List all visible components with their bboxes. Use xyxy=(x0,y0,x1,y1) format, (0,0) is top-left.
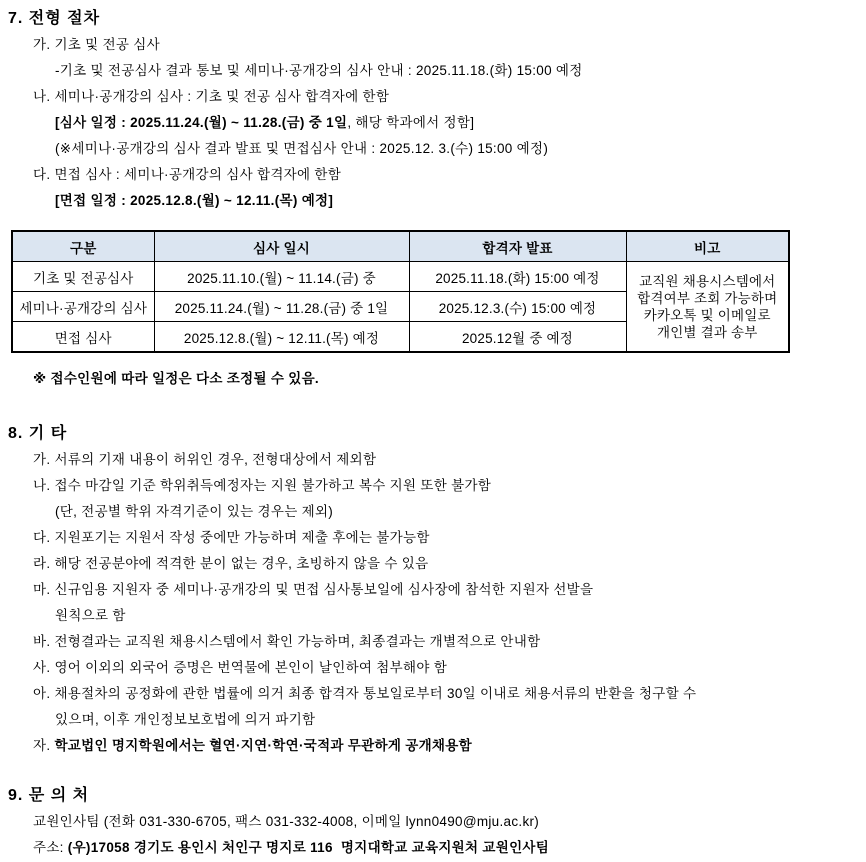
remark-cell: 교직원 채용시스템에서 합격여부 조회 가능하며 카카오톡 및 이메일로 개인별… xyxy=(626,262,789,353)
s8-item-ja-prefix: 자. xyxy=(33,738,54,753)
document-page: 7. 전형 절차 가. 기초 및 전공 심사 -기초 및 전공심사 결과 통보 … xyxy=(0,0,866,862)
s8-item-ma: 마. 신규임용 지원자 중 세미나·공개강의 및 면접 심사통보일에 심사장에 … xyxy=(8,577,854,603)
table-header-announcement: 합격자 발표 xyxy=(409,231,626,262)
remark-line: 카카오톡 및 이메일로 xyxy=(629,307,787,324)
s8-item-da: 다. 지원포기는 지원서 작성 중에만 가능하며 제출 후에는 불가능함 xyxy=(8,525,854,551)
row1-label: 기초 및 전공심사 xyxy=(12,262,154,292)
s7-sub-na-schedule-rest: , 해당 학과에서 정함] xyxy=(347,115,474,130)
s7-sub-na-schedule: [심사 일정 : 2025.11.24.(월) ~ 11.28.(금) 중 1일… xyxy=(8,110,854,136)
section-9-title: 9. 문 의 처 xyxy=(8,783,854,809)
row1-date: 2025.11.10.(월) ~ 11.14.(금) 중 xyxy=(154,262,409,292)
s9-address-bold: (우)17058 경기도 용인시 처인구 명지로 116 명지대학교 교육지원처… xyxy=(68,840,549,855)
row2-label: 세미나·공개강의 심사 xyxy=(12,292,154,322)
table-header-remark: 비고 xyxy=(626,231,789,262)
table-header-row: 구분 심사 일시 합격자 발표 비고 xyxy=(12,231,789,262)
s7-sub-ga: -기초 및 전공심사 결과 통보 및 세미나·공개강의 심사 안내 : 2025… xyxy=(8,58,854,84)
s7-sub-da-schedule: [면접 일정 : 2025.12.8.(월) ~ 12.11.(목) 예정] xyxy=(8,188,854,214)
s8-item-ma-cont: 원칙으로 함 xyxy=(8,603,854,629)
s8-item-ga: 가. 서류의 기재 내용이 허위인 경우, 전형대상에서 제외함 xyxy=(8,447,854,473)
row1-announce: 2025.11.18.(화) 15:00 예정 xyxy=(409,262,626,292)
remark-line: 교직원 채용시스템에서 xyxy=(629,273,787,290)
section-8-title: 8. 기 타 xyxy=(8,421,854,447)
s8-item-na: 나. 접수 마감일 기준 학위취득예정자는 지원 불가하고 복수 지원 또한 불… xyxy=(8,473,854,499)
s8-item-a-cont: 있으며, 이후 개인정보보호법에 의거 파기함 xyxy=(8,707,854,733)
s8-item-a: 아. 채용절차의 공정화에 관한 법률에 의거 최종 합격자 통보일로부터 30… xyxy=(8,681,854,707)
s7-sub-na-schedule-bold: [심사 일정 : 2025.11.24.(월) ~ 11.28.(금) 중 1일 xyxy=(55,115,347,130)
s8-item-ja-bold: 학교법인 명지학원에서는 혈연·지연·학연·국적과 무관하게 공개채용함 xyxy=(54,738,471,753)
row3-label: 면접 심사 xyxy=(12,322,154,353)
s9-address-line: 주소: (우)17058 경기도 용인시 처인구 명지로 116 명지대학교 교… xyxy=(8,835,854,861)
row3-date: 2025.12.8.(월) ~ 12.11.(목) 예정 xyxy=(154,322,409,353)
section-7-title: 7. 전형 절차 xyxy=(8,6,854,32)
s7-item-ga: 가. 기초 및 전공 심사 xyxy=(8,32,854,58)
s8-item-na-cont: (단, 전공별 학위 자격기준이 있는 경우는 제외) xyxy=(8,499,854,525)
remark-line: 합격여부 조회 가능하며 xyxy=(629,290,787,307)
table-header-category: 구분 xyxy=(12,231,154,262)
s8-item-ba: 바. 전형결과는 교직원 채용시스템에서 확인 가능하며, 최종결과는 개별적으… xyxy=(8,629,854,655)
s8-item-ja: 자. 학교법인 명지학원에서는 혈연·지연·학연·국적과 무관하게 공개채용함 xyxy=(8,733,854,759)
schedule-table: 구분 심사 일시 합격자 발표 비고 기초 및 전공심사 2025.11.10.… xyxy=(11,230,790,353)
schedule-note: ※ 접수인원에 따라 일정은 다소 조정될 수 있음. xyxy=(8,366,854,392)
row3-announce: 2025.12월 중 예정 xyxy=(409,322,626,353)
table-header-review-date: 심사 일시 xyxy=(154,231,409,262)
s8-item-ra: 라. 해당 전공분야에 적격한 분이 없는 경우, 초빙하지 않을 수 있음 xyxy=(8,551,854,577)
s7-item-na: 나. 세미나·공개강의 심사 : 기초 및 전공 심사 합격자에 한함 xyxy=(8,84,854,110)
s8-item-sa: 사. 영어 이외의 외국어 증명은 번역물에 본인이 날인하여 첨부해야 함 xyxy=(8,655,854,681)
s9-contact-line: 교원인사팀 (전화 031-330-6705, 팩스 031-332-4008,… xyxy=(8,809,854,835)
s7-sub-na-announce: (※세미나·공개강의 심사 결과 발표 및 면접심사 안내 : 2025.12.… xyxy=(8,136,854,162)
row2-announce: 2025.12.3.(수) 15:00 예정 xyxy=(409,292,626,322)
s9-address-label: 주소: xyxy=(33,840,68,855)
s7-item-da: 다. 면접 심사 : 세미나·공개강의 심사 합격자에 한함 xyxy=(8,162,854,188)
table-row: 기초 및 전공심사 2025.11.10.(월) ~ 11.14.(금) 중 2… xyxy=(12,262,789,292)
remark-line: 개인별 결과 송부 xyxy=(629,324,787,341)
row2-date: 2025.11.24.(월) ~ 11.28.(금) 중 1일 xyxy=(154,292,409,322)
